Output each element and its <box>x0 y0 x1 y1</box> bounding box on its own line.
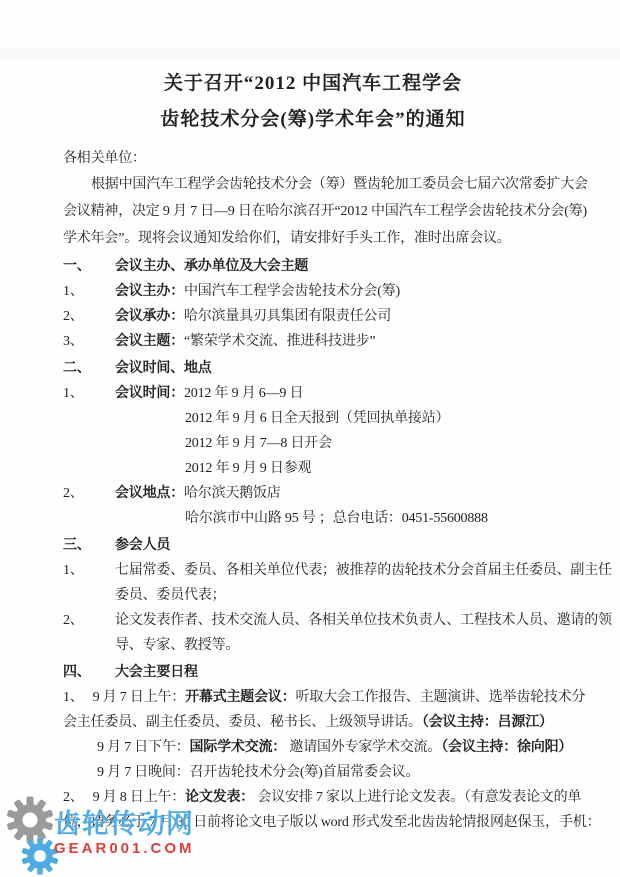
section-4-heading: 四、 大会主要日程 <box>63 660 563 685</box>
agenda-item-1: 1、9 月 7 日上午：开幕式主题会议：听取大会工作报告、主题演讲、选举齿轮技术… <box>63 685 563 785</box>
item-text: 哈尔滨量具刃具集团有限责任公司 <box>184 309 391 324</box>
watermark-site-name: 齿轮传动网 <box>54 808 195 840</box>
schedule-date: 2012 年 9 月 7—8 日开会 <box>115 431 563 456</box>
item-number: 1、 <box>63 558 115 608</box>
organizer-item: 2、 会议承办：哈尔滨量具刃具集团有限责任公司 <box>63 304 563 329</box>
item-number: 1、 <box>63 381 115 481</box>
section-number: 四、 <box>63 660 115 685</box>
watermark-site-url: GEAR001.COM <box>54 840 195 857</box>
agenda-desc: 会议安排 7 家以上进行论文发表。（有意发表论文的单 <box>254 790 581 805</box>
intro-line: 根据中国汽车工程学会齿轮技术分会（筹）暨齿轮加工委员会七届六次常委扩大会 <box>63 171 563 198</box>
document-title: 关于召开“2012 中国汽车工程学会 齿轮技术分会(筹)学术年会”的通知 <box>63 66 563 138</box>
agenda-desc: 听取大会工作报告、主题演讲、选举齿轮技术分 <box>296 690 586 705</box>
item-number: 2、 <box>63 481 115 531</box>
section-heading-text: 会议时间、地点 <box>115 356 212 381</box>
hotel-address: 哈尔滨市中山路 95 号 ；总台电话：0451-55600888 <box>115 506 563 531</box>
item-number: 3、 <box>63 329 115 354</box>
scanned-notice-page: { "doc": { "title": ["关于召开“2012 中国汽车工程学会… <box>0 0 620 877</box>
agenda-desc: 会主任委员、副主任委员、委员、秘书长、上级领导讲话。 <box>63 715 422 730</box>
section-1-heading: 一、 会议主办、承办单位及大会主题 <box>63 254 563 279</box>
theme-item: 3、 会议主题：“繁荣学术交流、推进科技进步” <box>63 329 563 354</box>
intro-line: 会议精神，决定 9 月 7 日—9 日在哈尔滨召开“2012 中国汽车工程学会齿… <box>63 198 563 225</box>
attendee-text: 导、专家、教授等。 <box>115 633 612 658</box>
agenda-host: （会议主持：徐向阳） <box>441 740 572 755</box>
section-heading-text: 参会人员 <box>115 533 170 558</box>
watermark-logo: 齿轮传动网 GEAR001.COM <box>6 796 236 877</box>
schedule-date: 2012 年 9 月 6 日全天报到（凭回执单接站） <box>115 406 563 431</box>
agenda-desc: 邀请国外专家学术交流。 <box>286 740 441 755</box>
section-heading-text: 大会主要日程 <box>115 660 198 685</box>
item-label: 会议地点： <box>115 486 184 501</box>
section-number: 三、 <box>63 533 115 558</box>
meeting-place-item: 2、 会议地点：哈尔滨天鹅饭店 哈尔滨市中山路 95 号 ；总台电话：0451-… <box>63 481 563 531</box>
agenda-topic: 国际学术交流： <box>190 740 287 755</box>
notice-document: 关于召开“2012 中国汽车工程学会 齿轮技术分会(筹)学术年会”的通知 各相关… <box>0 0 620 835</box>
attendee-text: 论文发表作者、技术交流人员、各相关单位技术负责人、工程技术人员、邀请的领 <box>115 608 612 633</box>
item-label: 会议主题： <box>115 334 184 349</box>
item-number: 1、 <box>63 690 84 705</box>
section-number: 一、 <box>63 254 115 279</box>
item-label: 会议时间： <box>115 386 184 401</box>
agenda-evening: 9 月 7 日晚间：召开齿轮技术分会(筹)首届常委会议。 <box>63 760 563 785</box>
title-line-1: 关于召开“2012 中国汽车工程学会 <box>63 66 563 102</box>
agenda-time: 9 月 7 日下午： <box>97 740 190 755</box>
section-number: 二、 <box>63 356 115 381</box>
section-3-heading: 三、 参会人员 <box>63 533 563 558</box>
agenda-time: 9 月 7 日上午： <box>93 690 186 705</box>
intro-paragraph: 根据中国汽车工程学会齿轮技术分会（筹）暨齿轮加工委员会七届六次常委扩大会 会议精… <box>63 171 563 252</box>
agenda-host: （会议主持：吕源江） <box>422 715 553 730</box>
item-number: 1、 <box>63 279 115 304</box>
attendee-item: 2、 论文发表作者、技术交流人员、各相关单位技术负责人、工程技术人员、邀请的领 … <box>63 608 563 658</box>
item-text: 中国汽车工程学会齿轮技术分会(筹) <box>184 284 400 299</box>
item-label: 会议主办： <box>115 284 184 299</box>
item-text: “繁荣学术交流、推进科技进步” <box>184 334 375 349</box>
hotel-name: 哈尔滨天鹅饭店 <box>184 486 281 501</box>
item-number: 2、 <box>63 608 115 658</box>
agenda-topic: 开幕式主题会议： <box>185 690 295 705</box>
host-item: 1、 会议主办：中国汽车工程学会齿轮技术分会(筹) <box>63 279 563 304</box>
meeting-time-item: 1、 会议时间：2012 年 9 月 6—9 日 2012 年 9 月 6 日全… <box>63 381 563 481</box>
section-2-heading: 二、 会议时间、地点 <box>63 356 563 381</box>
schedule-date: 2012 年 9 月 9 日参观 <box>115 456 563 481</box>
salutation: 各相关单位： <box>63 146 563 171</box>
title-line-2: 齿轮技术分会(筹)学术年会”的通知 <box>63 102 563 138</box>
item-number: 2、 <box>63 304 115 329</box>
attendee-text: 七届常委、委员、各相关单位代表；被推荐的齿轮技术分会首届主任委员、副主任 <box>115 558 612 583</box>
date-range: 2012 年 9 月 6—9 日 <box>184 386 303 401</box>
item-label: 会议承办： <box>115 309 184 324</box>
attendee-item: 1、 七届常委、委员、各相关单位代表；被推荐的齿轮技术分会首届主任委员、副主任 … <box>63 558 563 608</box>
intro-line: 学术年会”。现将会议通知发给你们，请安排好手头工作，准时出席会议。 <box>63 225 563 252</box>
section-heading-text: 会议主办、承办单位及大会主题 <box>115 254 308 279</box>
attendee-text: 委员、委员代表； <box>115 583 612 608</box>
